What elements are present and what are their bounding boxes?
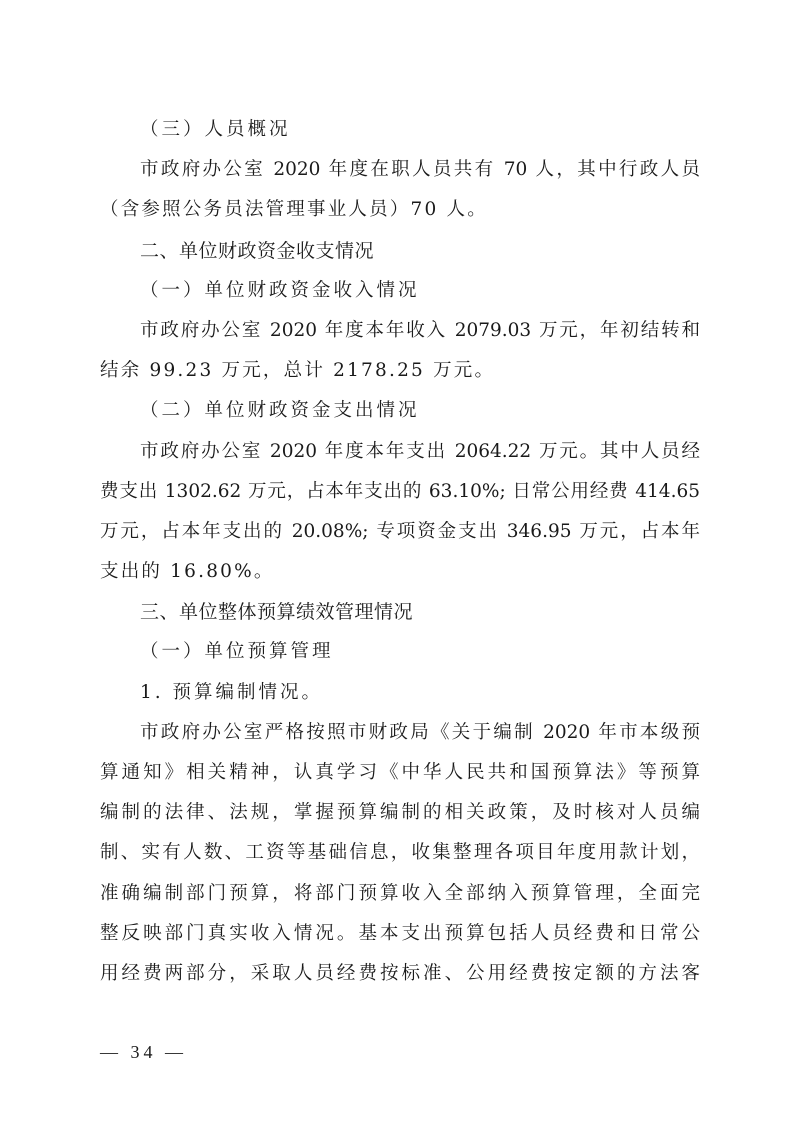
paragraph-line: 整反映部门真实收入情况。基本支出预算包括人员经费和日常公: [100, 914, 700, 954]
paragraph-line: 算通知》相关精神，认真学习《中华人民共和国预算法》等预算: [100, 753, 700, 793]
paragraph-line: 市政府办公室 2020 年度在职人员共有 70 人，其中行政人员: [100, 150, 700, 190]
paragraph-line: 准确编制部门预算，将部门预算收入全部纳入预算管理，全面完: [100, 874, 700, 914]
subheading-budget-management: （一）单位预算管理: [100, 632, 700, 672]
paragraph-line: 制、实有人数、工资等基础信息，收集整理各项目年度用款计划，: [100, 833, 700, 873]
heading-budget-performance: 三、单位整体预算绩效管理情况: [100, 592, 700, 632]
paragraph-line: 结余 99.23 万元，总计 2178.25 万元。: [100, 351, 700, 391]
paragraph-line: 市政府办公室 2020 年度本年支出 2064.22 万元。其中人员经: [100, 432, 700, 472]
paragraph-line: 费支出 1302.62 万元，占本年支出的 63.10%; 日常公用经费 414…: [100, 472, 700, 512]
page-number: — 34 —: [100, 1042, 187, 1063]
document-body: （三）人员概况 市政府办公室 2020 年度在职人员共有 70 人，其中行政人员…: [100, 110, 700, 994]
paragraph-line: 市政府办公室 2020 年度本年收入 2079.03 万元，年初结转和: [100, 311, 700, 351]
subheading-budget-preparation: 1. 预算编制情况。: [100, 673, 700, 713]
paragraph-line: 万元，占本年支出的 20.08%; 专项资金支出 346.95 万元，占本年: [100, 512, 700, 552]
subheading-personnel-overview: （三）人员概况: [100, 110, 700, 150]
paragraph-line: 市政府办公室严格按照市财政局《关于编制 2020 年市本级预: [100, 713, 700, 753]
paragraph-line: （含参照公务员法管理事业人员）70 人。: [100, 190, 700, 230]
paragraph-line: 用经费两部分，采取人员经费按标准、公用经费按定额的方法客: [100, 954, 700, 994]
paragraph-line: 编制的法律、法规，掌握预算编制的相关政策，及时核对人员编: [100, 793, 700, 833]
paragraph-line: 支出的 16.80%。: [100, 552, 700, 592]
subheading-expenditure: （二）单位财政资金支出情况: [100, 391, 700, 431]
heading-financial-revenue-expenditure: 二、单位财政资金收支情况: [100, 231, 700, 271]
subheading-revenue: （一）单位财政资金收入情况: [100, 271, 700, 311]
